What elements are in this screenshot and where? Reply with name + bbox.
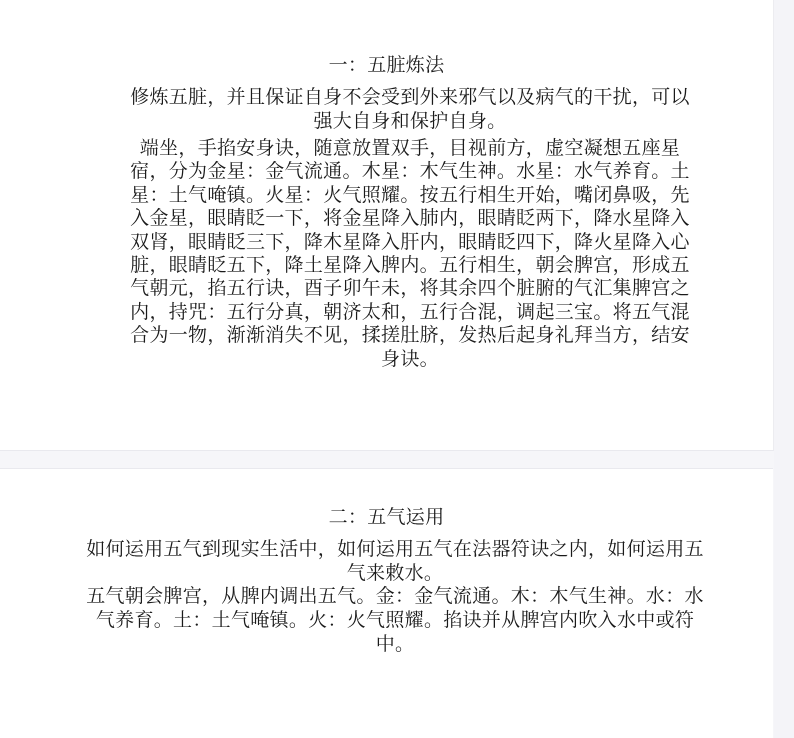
section-intro: 如何运用五气到现实生活中，如何运用五气在法器符诀之内，如何运用五气来敕水。 <box>80 537 710 585</box>
section-title: 二：五气运用 <box>0 505 773 529</box>
section-title: 一：五脏炼法 <box>0 53 773 77</box>
section-body: 五气朝会脾宫，从脾内调出五气。金：金气流通。木：木气生神。水：水气养育。土：土气… <box>80 584 710 656</box>
section-intro: 修炼五脏，并且保证自身不会受到外来邪气以及病气的干扰，可以强大自身和保护自身。 <box>130 85 690 133</box>
page-scroll-gutter <box>774 0 794 738</box>
section-card-five-organs: 一：五脏炼法 修炼五脏，并且保证自身不会受到外来邪气以及病气的干扰，可以强大自身… <box>0 0 774 451</box>
section-body: 端坐，手掐安身诀，随意放置双手，目视前方，虚空凝想五座星宿，分为金星：金气流通。… <box>130 137 690 371</box>
